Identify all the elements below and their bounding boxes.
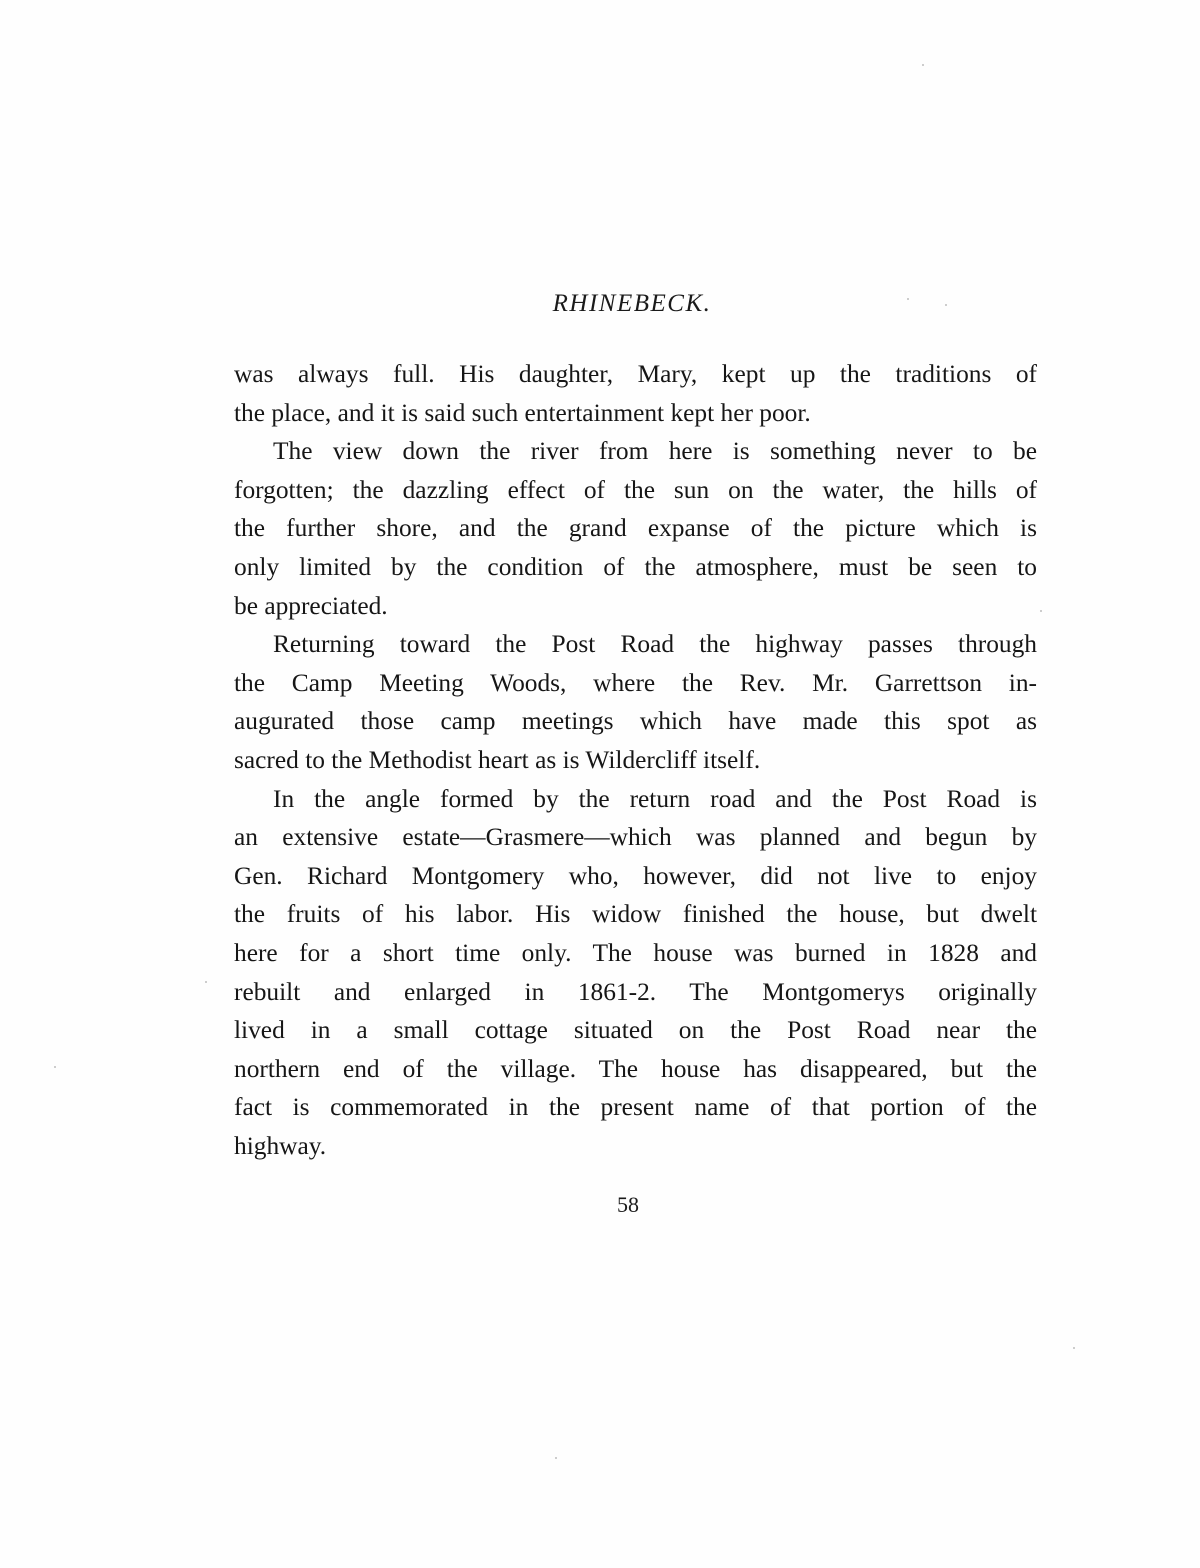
text-line: the further shore, and the grand expanse…	[234, 509, 1037, 548]
text-line: only limited by the condition of the atm…	[234, 548, 1037, 587]
page-number: 58	[0, 1192, 1200, 1218]
text-line: lived in a small cottage situated on the…	[234, 1011, 1037, 1050]
book-page: RHINEBECK. was always full. His daughter…	[0, 0, 1200, 1568]
text-line: The view down the river from here is som…	[234, 432, 1037, 471]
scan-speck	[54, 1066, 56, 1068]
text-line: Returning toward the Post Road the highw…	[234, 625, 1037, 664]
scan-speck	[907, 298, 909, 300]
text-line: be appreciated.	[234, 587, 1037, 626]
scan-speck	[945, 304, 947, 306]
text-line: sacred to the Methodist heart as is Wild…	[234, 741, 1037, 780]
text-line: In the angle formed by the return road a…	[234, 780, 1037, 819]
text-line: forgotten; the dazzling effect of the su…	[234, 471, 1037, 510]
text-line: the Camp Meeting Woods, where the Rev. M…	[234, 664, 1037, 703]
text-line: here for a short time only. The house wa…	[234, 934, 1037, 973]
text-line: an extensive estate—Grasmere—which was p…	[234, 818, 1037, 857]
scan-speck	[205, 981, 207, 983]
text-line: the place, and it is said such entertain…	[234, 394, 1037, 433]
scan-speck	[922, 64, 924, 66]
scan-speck	[1073, 1347, 1075, 1349]
paragraph-2: The view down the river from here is som…	[234, 432, 1037, 625]
paragraph-3: Returning toward the Post Road the highw…	[234, 625, 1037, 779]
text-line: was always full. His daughter, Mary, kep…	[234, 355, 1037, 394]
text-line: the fruits of his labor. His widow finis…	[234, 895, 1037, 934]
text-line: northern end of the village. The house h…	[234, 1050, 1037, 1089]
scan-speck	[555, 1457, 557, 1459]
text-line: highway.	[234, 1127, 1037, 1166]
text-line: augurated those camp meetings which have…	[234, 702, 1037, 741]
body-text: was always full. His daughter, Mary, kep…	[234, 355, 1037, 1165]
scan-speck	[1040, 610, 1042, 612]
paragraph-4: In the angle formed by the return road a…	[234, 780, 1037, 1166]
text-line: fact is commemorated in the present name…	[234, 1088, 1037, 1127]
text-line: Gen. Richard Montgomery who, however, di…	[234, 857, 1037, 896]
paragraph-1: was always full. His daughter, Mary, kep…	[234, 355, 1037, 432]
running-head: RHINEBECK.	[0, 290, 1200, 318]
text-line: rebuilt and enlarged in 1861-2. The Mont…	[234, 973, 1037, 1012]
